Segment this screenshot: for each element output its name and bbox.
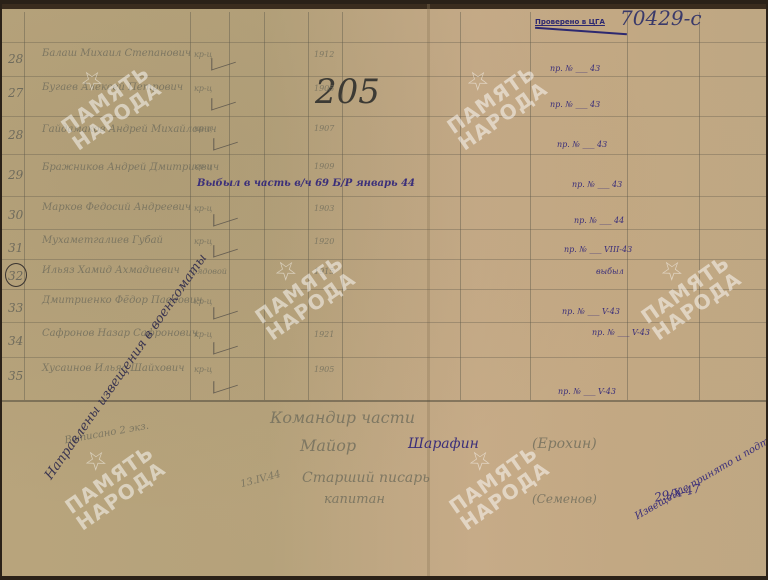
commander-name: (Ерохин) bbox=[532, 436, 597, 452]
column-rule bbox=[699, 12, 700, 400]
status-note: пр. № ___ V-43 bbox=[558, 387, 616, 396]
person-rank: кр-ц bbox=[194, 330, 212, 339]
row-number: 30 bbox=[8, 208, 23, 222]
row-number: 28 bbox=[8, 128, 23, 142]
birth-year: 1905 bbox=[314, 84, 334, 93]
row-rule bbox=[2, 42, 766, 43]
stamp-underline bbox=[535, 27, 627, 35]
person-rank: кр-ц bbox=[194, 204, 212, 213]
status-note: пр. № ___ 43 bbox=[550, 64, 600, 73]
table-bottom-rule bbox=[2, 400, 766, 402]
paper-fold bbox=[427, 4, 430, 576]
column-rule bbox=[264, 12, 265, 400]
row-number: 34 bbox=[8, 334, 23, 348]
checkmark-icon bbox=[213, 373, 237, 393]
checkmark-icon bbox=[213, 206, 237, 226]
status-note: выбыл bbox=[596, 267, 624, 276]
status-note: пр. № ___ V-43 bbox=[592, 328, 650, 337]
row-rule bbox=[2, 196, 766, 197]
right-ink-note: Извещение принято и подтверждено bbox=[633, 409, 766, 522]
person-name: Сафронов Назар Сафронович bbox=[42, 328, 198, 339]
status-note: пр. № ___ 43 bbox=[550, 100, 600, 109]
status-note: пр. № ___ VIII-43 bbox=[564, 245, 632, 254]
right-date: 29/X-47 bbox=[653, 481, 702, 504]
chief-title: Старший писарь bbox=[302, 470, 430, 486]
row-rule bbox=[2, 357, 766, 358]
watermark: ☆ ПАМЯТЬ НАРОДА bbox=[428, 40, 550, 153]
archival-document-scan: Проверено в ЦГА 70429-с 205 28 Балаш Мих… bbox=[2, 4, 766, 576]
row-number: 27 bbox=[8, 86, 23, 100]
watermark: ☆ ПАМЯТЬ НАРОДА bbox=[236, 230, 358, 343]
archive-number: 70429-с bbox=[620, 6, 702, 30]
person-name: Бражников Андрей Дмитриевич bbox=[42, 162, 219, 173]
column-rule bbox=[24, 12, 25, 400]
birth-year: 1912 bbox=[314, 50, 334, 59]
person-rank: кр-ц bbox=[194, 297, 212, 306]
row-number: 35 bbox=[8, 369, 23, 383]
status-note: пр. № ___ V-43 bbox=[562, 307, 620, 316]
checkmark-icon bbox=[211, 90, 235, 110]
row-number: 32 bbox=[8, 269, 23, 283]
archive-stamp: Проверено в ЦГА bbox=[535, 18, 605, 26]
column-rule bbox=[308, 12, 309, 400]
row-rule bbox=[2, 229, 766, 230]
row-rule bbox=[2, 259, 766, 260]
birth-year: 1907 bbox=[314, 124, 334, 133]
purple-annotation: Выбыл в часть в/ч 69 Б/Р январь 44 bbox=[197, 178, 415, 189]
birth-year: 1909 bbox=[314, 162, 334, 171]
commander-title: Командир части bbox=[270, 408, 415, 427]
birth-year: 1903 bbox=[314, 204, 334, 213]
checkmark-icon bbox=[211, 50, 235, 70]
column-rule bbox=[460, 12, 461, 400]
birth-year: 1921 bbox=[314, 330, 334, 339]
person-rank: кр-ц bbox=[194, 84, 212, 93]
person-name: Марков Федосий Андреевич bbox=[42, 202, 191, 213]
checkmark-icon bbox=[213, 334, 237, 354]
row-number: 31 bbox=[8, 241, 23, 255]
person-rank: кр-ц bbox=[194, 124, 212, 133]
checkmark-icon bbox=[213, 237, 237, 257]
row-number: 29 bbox=[8, 168, 23, 182]
status-note: пр. № ___ 43 bbox=[572, 180, 622, 189]
person-name: Ильяз Хамид Ахмадиевич bbox=[42, 265, 180, 276]
person-rank: кр-ц bbox=[194, 237, 212, 246]
checkmark-icon bbox=[213, 299, 237, 319]
person-rank: кр-ц bbox=[194, 162, 212, 171]
person-rank: кр-ц bbox=[194, 50, 212, 59]
birth-year: 1905 bbox=[314, 365, 334, 374]
person-name: Мухаметгалиев Губай bbox=[42, 235, 163, 246]
row-rule bbox=[2, 154, 766, 155]
commander-rank: Майор bbox=[300, 436, 356, 455]
row-number: 33 bbox=[8, 301, 23, 315]
left-date: 13.IV.44 bbox=[239, 469, 282, 490]
status-note: пр. № ___ 43 bbox=[557, 140, 607, 149]
row-number: 28 bbox=[8, 52, 23, 66]
column-rule bbox=[627, 12, 628, 400]
status-note: пр. № ___ 44 bbox=[574, 216, 624, 225]
watermark: ☆ ПАМЯТЬ НАРОДА bbox=[622, 230, 744, 343]
chief-name: (Семенов) bbox=[532, 492, 597, 506]
column-rule bbox=[342, 12, 343, 400]
chief-rank: капитан bbox=[324, 492, 385, 507]
person-rank: кр-ц bbox=[194, 365, 212, 374]
